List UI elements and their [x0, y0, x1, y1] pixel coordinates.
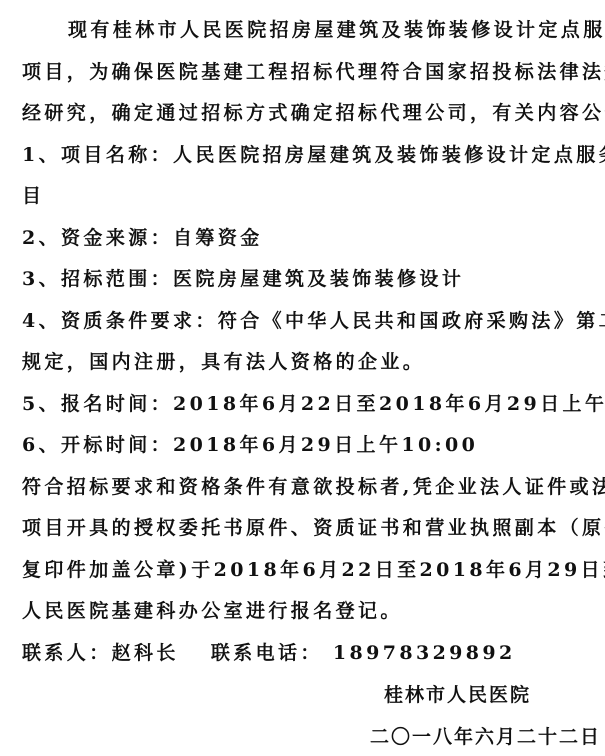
item-registration-time: 5、报名时间：2018年6月22日至2018年6月29日上午9:00 — [22, 384, 582, 426]
item-tender-scope: 3、招标范围：医院房屋建筑及装饰装修设计 — [22, 259, 582, 301]
body-line-1: 符合招标要求和资格条件有意欲投标者,凭企业法人证件或法人对本 — [22, 467, 582, 509]
intro-line-3: 经研究，确定通过招标方式确定招标代理公司，有关内容公告如下： — [22, 93, 582, 135]
contact-phone: 18978329892 — [333, 642, 516, 664]
intro-line-2: 项目，为确保医院基建工程招标代理符合国家招投标法律法规要求， — [22, 52, 582, 94]
item-opening-time: 6、开标时间：2018年6月29日上午10:00 — [22, 425, 582, 467]
body-line-3: 复印件加盖公章)于2018年6月22日至2018年6月29日到桂林市 — [22, 550, 582, 592]
item-funding-source: 2、资金来源：自筹资金 — [22, 218, 582, 260]
item-qualification-cont: 规定，国内注册，具有法人资格的企业。 — [22, 342, 582, 384]
contact-phone-label: 联系电话： — [211, 642, 323, 664]
intro-line-1: 现有桂林市人民医院招房屋建筑及装饰装修设计定点服务公司 — [22, 10, 582, 52]
signature-date: 二〇一八年六月二十二日 — [370, 722, 601, 749]
item-project-name: 1、项目名称：人民医院招房屋建筑及装饰装修设计定点服务公司项 — [22, 135, 582, 177]
contact-line: 联系人：赵科长联系电话： 18978329892 — [22, 633, 582, 675]
notice-document: 现有桂林市人民医院招房屋建筑及装饰装修设计定点服务公司 项目，为确保医院基建工程… — [22, 10, 582, 674]
signature-org: 桂林市人民医院 — [384, 680, 531, 707]
body-line-2: 项目开具的授权委托书原件、资质证书和营业执照副本（原件备查, — [22, 508, 582, 550]
item-qualification: 4、资质条件要求：符合《中华人民共和国政府采购法》第二十二条 — [22, 301, 582, 343]
item-project-name-cont: 目 — [22, 176, 582, 218]
body-line-4: 人民医院基建科办公室进行报名登记。 — [22, 591, 582, 633]
contact-person: 联系人：赵科长 — [22, 642, 179, 664]
